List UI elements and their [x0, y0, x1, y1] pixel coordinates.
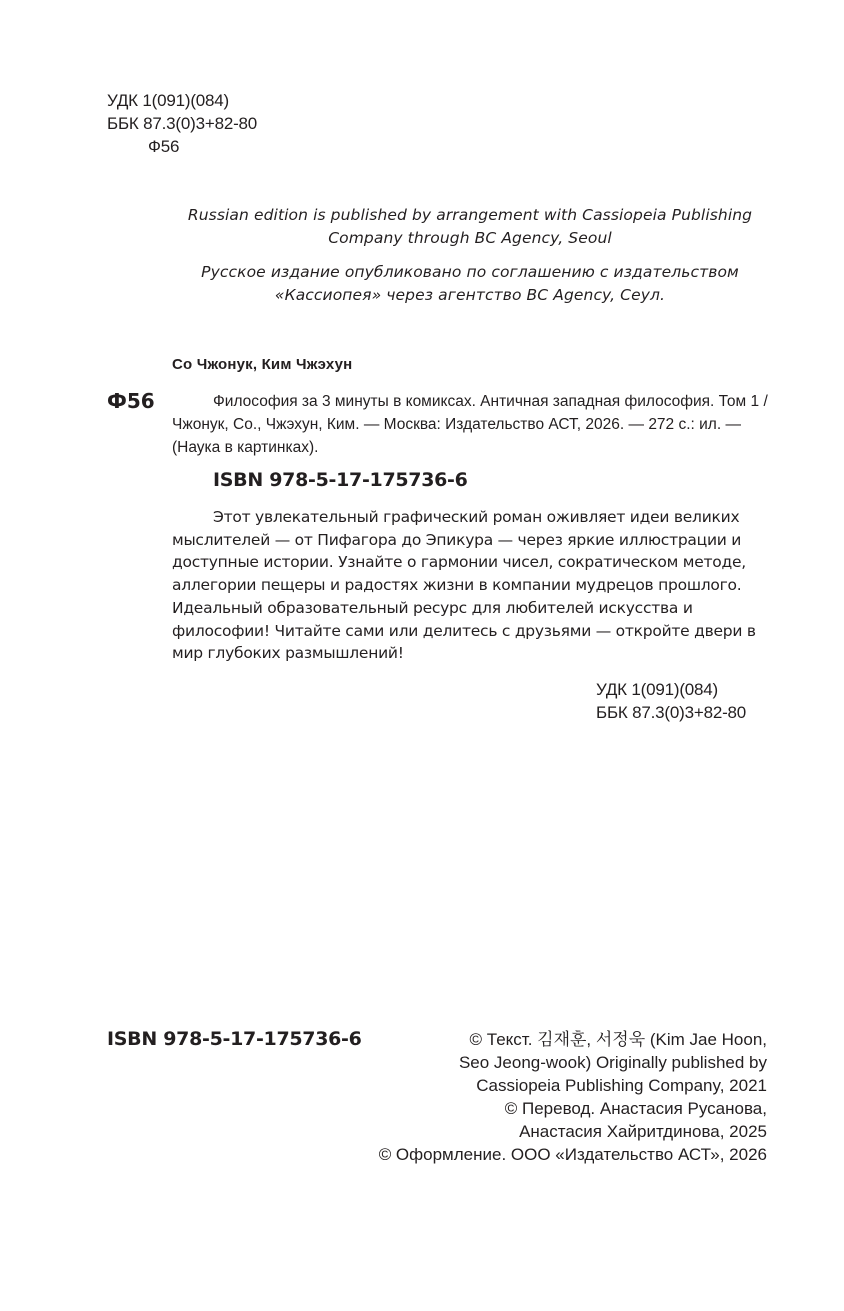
rights-notice-english: Russian edition is published by arrangem…	[172, 204, 768, 250]
copyright-line: Cassiopeia Publishing Company, 2021	[379, 1074, 767, 1097]
bibliographic-description: Философия за 3 минуты в комиксах. Античн…	[172, 390, 768, 459]
footer-isbn: ISBN 978-5-17-175736-6	[107, 1028, 362, 1050]
copyright-line: © Оформление. ООО «Издательство АСТ», 20…	[379, 1143, 767, 1166]
annotation-text: Этот увлекательный графический роман ожи…	[172, 506, 772, 665]
classification-codes-top: УДК 1(091)(084) ББК 87.3(0)3+82-80 Ф56	[107, 89, 257, 158]
bibliographic-text: Философия за 3 минуты в комиксах. Античн…	[172, 390, 768, 459]
copyright-line: © Текст. 김재훈, 서정욱 (Kim Jae Hoon,	[379, 1028, 767, 1051]
catalog-author-mark: Ф56	[107, 389, 155, 413]
annotation: Этот увлекательный графический роман ожи…	[172, 506, 772, 665]
copyright-line: © Перевод. Анастасия Русанова,	[379, 1097, 767, 1120]
copyright-block: © Текст. 김재훈, 서정욱 (Kim Jae Hoon, Seo Jeo…	[379, 1028, 767, 1166]
udk-code: УДК 1(091)(084)	[596, 678, 746, 701]
catalog-authors: Со Чжонук, Ким Чжэхун	[172, 356, 352, 373]
author-mark: Ф56	[107, 135, 257, 158]
udk-code: УДК 1(091)(084)	[107, 89, 257, 112]
classification-codes-catalog: УДК 1(091)(084) ББК 87.3(0)3+82-80	[596, 678, 746, 724]
rights-notice-russian: Русское издание опубликовано по соглашен…	[172, 261, 768, 307]
catalog-isbn: ISBN 978-5-17-175736-6	[213, 469, 468, 491]
bbk-code: ББК 87.3(0)3+82-80	[596, 701, 746, 724]
copyright-line: Анастасия Хайритдинова, 2025	[379, 1120, 767, 1143]
bbk-code: ББК 87.3(0)3+82-80	[107, 112, 257, 135]
copyright-line: Seo Jeong-wook) Originally published by	[379, 1051, 767, 1074]
